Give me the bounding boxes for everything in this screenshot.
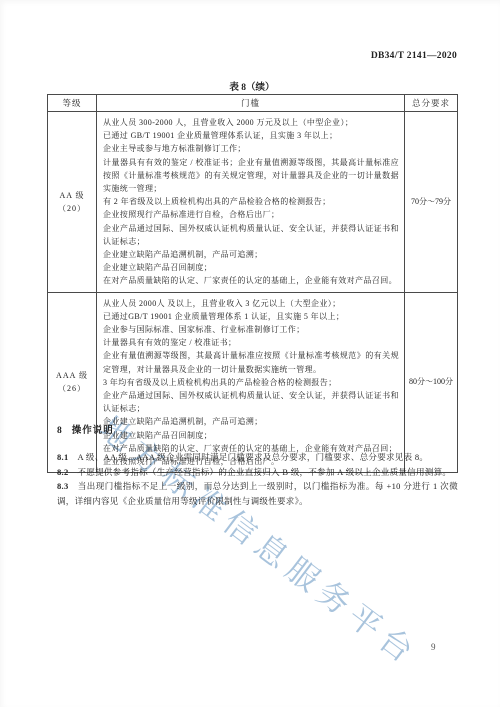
table-row-aa: AA 级 （20） 从业人员 300-2000 人，且营业收入 2000 万元及… [48, 112, 458, 293]
threshold-item: 企业建立缺陷产品召回制度； [103, 429, 399, 442]
threshold-item: 企业产品通过国际、国外权威认证机构质量认证、安全认证，并获得认证证书和认证标志； [103, 389, 399, 415]
grade-cell-aaa: AAA 级 （26） [48, 292, 97, 473]
clause-number: 8.3 [57, 481, 69, 491]
clause: 8.2不愿提供参考指标（生产经营指标）的企业直接归入 B 级，不参加 A 级以上… [57, 465, 458, 480]
document-page: 地方标准信息服务平台 DB34/T 2141—2020 表 8（续） 等级 门槛… [0, 0, 500, 707]
score-cell-aaa: 80分～100分 [405, 292, 458, 473]
threshold-cell-aa: 从业人员 300-2000 人，且营业收入 2000 万元及以上（中型企业）；已… [97, 112, 405, 293]
standard-code-header: DB34/T 2141—2020 [371, 51, 457, 61]
table-row-aaa: AAA 级 （26） 从业人员 2000人 及以上，且营业收入 3 亿元以上（大… [48, 292, 458, 473]
threshold-item: 企业参与国际标准、国家标准、行业标准制修订工作； [103, 323, 399, 336]
clause-list: 8.1A 级、AA 级、AAA 级企业需同时满足门槛要求及总分要求，门槛要求、总… [57, 450, 458, 508]
clause-text: A 级、AA 级、AAA 级企业需同时满足门槛要求及总分要求，门槛要求、总分要求… [78, 452, 429, 462]
threshold-item: 企业产品通过国际、国外权威认证机构质量认证、安全认证，并获得认证证书和认证标志； [103, 222, 399, 248]
threshold-item: 企业有量值溯源等级图，其最高计量标准应按照《计量标准考核规范》的有关规定管理，对… [103, 349, 399, 375]
column-header-grade: 等级 [48, 95, 97, 112]
clause: 8.3当出现门槛指标不足上一级别，而总分达到上一级别时，以门槛指标为准。每 +1… [57, 479, 458, 508]
column-header-score: 总分要求 [405, 95, 458, 112]
threshold-item: 已通过GB/T 19001 企业质量管理体系 1 认证，且实施 5 年以上； [103, 310, 399, 323]
clause-text: 当出现门槛指标不足上一级别，而总分达到上一级别时，以门槛指标为准。每 +10 分… [57, 481, 458, 506]
section-number: 8 [57, 426, 62, 436]
threshold-item: 在对产品质量缺陷的认定、厂家责任的认定的基础上，企业能有效对产品召回。 [103, 274, 399, 287]
clause: 8.1A 级、AA 级、AAA 级企业需同时满足门槛要求及总分要求，门槛要求、总… [57, 450, 458, 465]
grade-label: AAA 级 [48, 369, 96, 382]
threshold-item: 企业建立缺陷产品召回制度； [103, 261, 399, 274]
table-header-row: 等级 门槛 总分要求 [48, 95, 458, 112]
clause-text: 不愿提供参考指标（生产经营指标）的企业直接归入 B 级，不参加 A 级以上企业质… [78, 467, 452, 477]
score-cell-aa: 70分～79分 [405, 112, 458, 293]
column-header-threshold: 门槛 [97, 95, 405, 112]
grade-cell-aa: AA 级 （20） [48, 112, 97, 293]
threshold-item: 企业主导或参与地方标准制修订工作； [103, 142, 399, 155]
threshold-item: 已通过 GB/T 19001 企业质量管理体系认证，且实施 3 年以上； [103, 129, 399, 142]
threshold-item: 从业人员 300-2000 人，且营业收入 2000 万元及以上（中型企业）； [103, 116, 399, 129]
grade-weight: （20） [48, 202, 96, 215]
threshold-item: 3 年均有省级及以上质检机构出具的产品检验合格的检测报告； [103, 376, 399, 389]
threshold-item: 从业人员 2000人 及以上，且营业收入 3 亿元以上（大型企业）； [103, 297, 399, 310]
grade-label: AA 级 [48, 189, 96, 202]
table-title: 表 8（续） [47, 79, 457, 93]
threshold-cell-aaa: 从业人员 2000人 及以上，且营业收入 3 亿元以上（大型企业）；已通过GB/… [97, 292, 405, 473]
section-title: 操作说明 [72, 426, 114, 436]
threshold-item: 计量器具有有效的鉴定 / 校准证书；企业有量值溯源等级图，其最高计量标准应按照《… [103, 156, 399, 196]
threshold-item: 企业按照现行产品标准进行自检，合格后出厂； [103, 208, 399, 221]
grade-weight: （26） [48, 382, 96, 395]
section-heading: 8操作说明 [57, 422, 114, 436]
grade-threshold-table: 等级 门槛 总分要求 AA 级 （20） 从业人员 300-2000 人，且营业… [47, 94, 458, 473]
threshold-item: 企业建立缺陷产品追溯机制，产品可追溯； [103, 415, 399, 428]
clause-number: 8.2 [57, 467, 69, 477]
threshold-item: 有 2 年省级及以上质检机构出具的产品检验合格的检测报告； [103, 195, 399, 208]
page-number: 9 [431, 642, 436, 652]
threshold-item: 计量器具有有效的鉴定 / 校准证书； [103, 336, 399, 349]
threshold-item: 企业建立缺陷产品追溯机制，产品可追溯； [103, 248, 399, 261]
clause-number: 8.1 [57, 452, 69, 462]
